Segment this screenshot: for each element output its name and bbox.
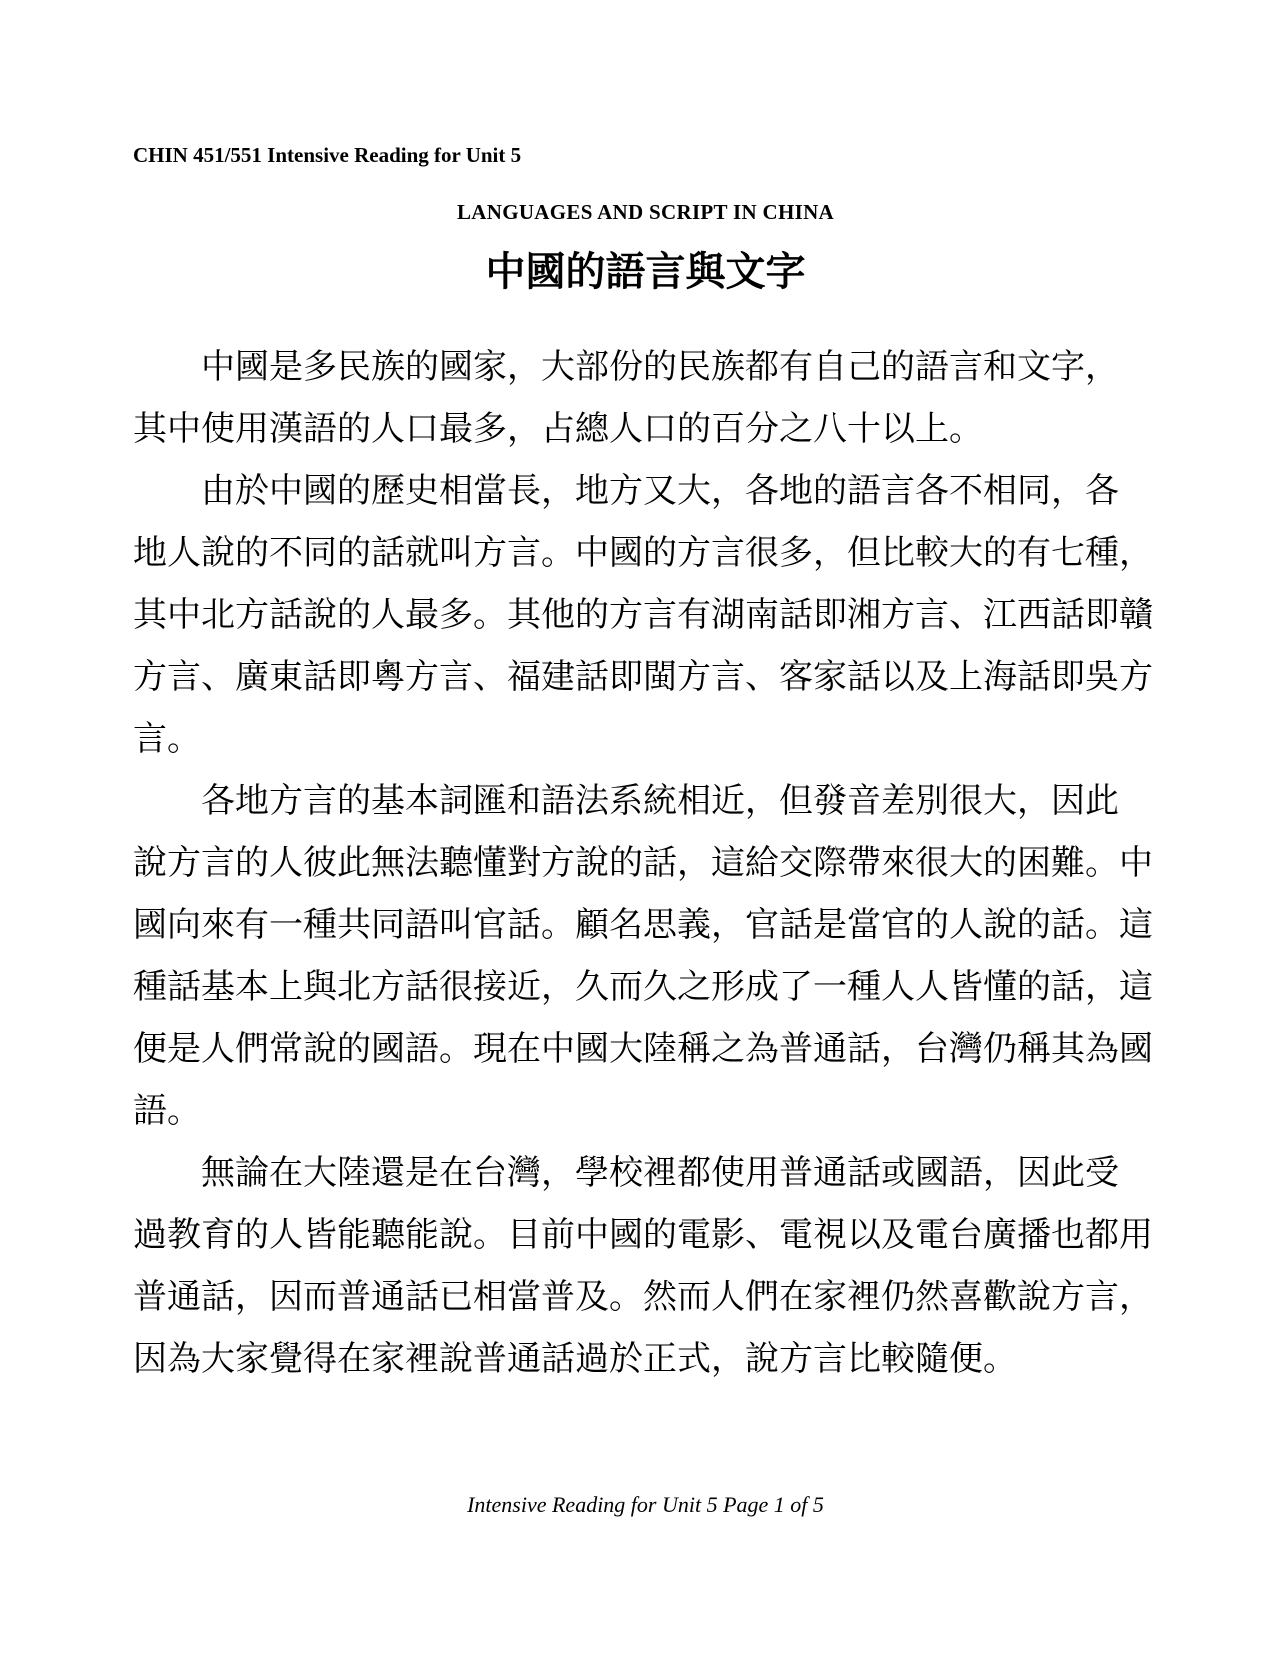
chinese-title: 中國的語言與文字 [133,250,1158,294]
paragraph-1: 中國是多民族的國家，大部份的民族都有自己的語言和文字， 其中使用漢語的人口最多，… [133,336,1163,460]
paragraph-2: 由於中國的歷史相當長，地方又大，各地的語言各不相同，各 地人說的不同的話就叫方言… [133,460,1163,770]
course-header: CHIN 451/551 Intensive Reading for Unit … [133,143,521,168]
page-footer: Intensive Reading for Unit 5 Page 1 of 5 [133,1492,1158,1518]
english-title: LANGUAGES AND SCRIPT IN CHINA [133,200,1158,225]
paragraph-4: 無論在大陸還是在台灣，學校裡都使用普通話或國語，因此受 過教育的人皆能聽能說。目… [133,1142,1163,1390]
document-page: CHIN 451/551 Intensive Reading for Unit … [0,0,1280,1656]
document-body: 中國是多民族的國家，大部份的民族都有自己的語言和文字， 其中使用漢語的人口最多，… [133,336,1163,1390]
paragraph-3: 各地方言的基本詞匯和語法系統相近，但發音差別很大，因此 說方言的人彼此無法聽懂對… [133,770,1163,1142]
